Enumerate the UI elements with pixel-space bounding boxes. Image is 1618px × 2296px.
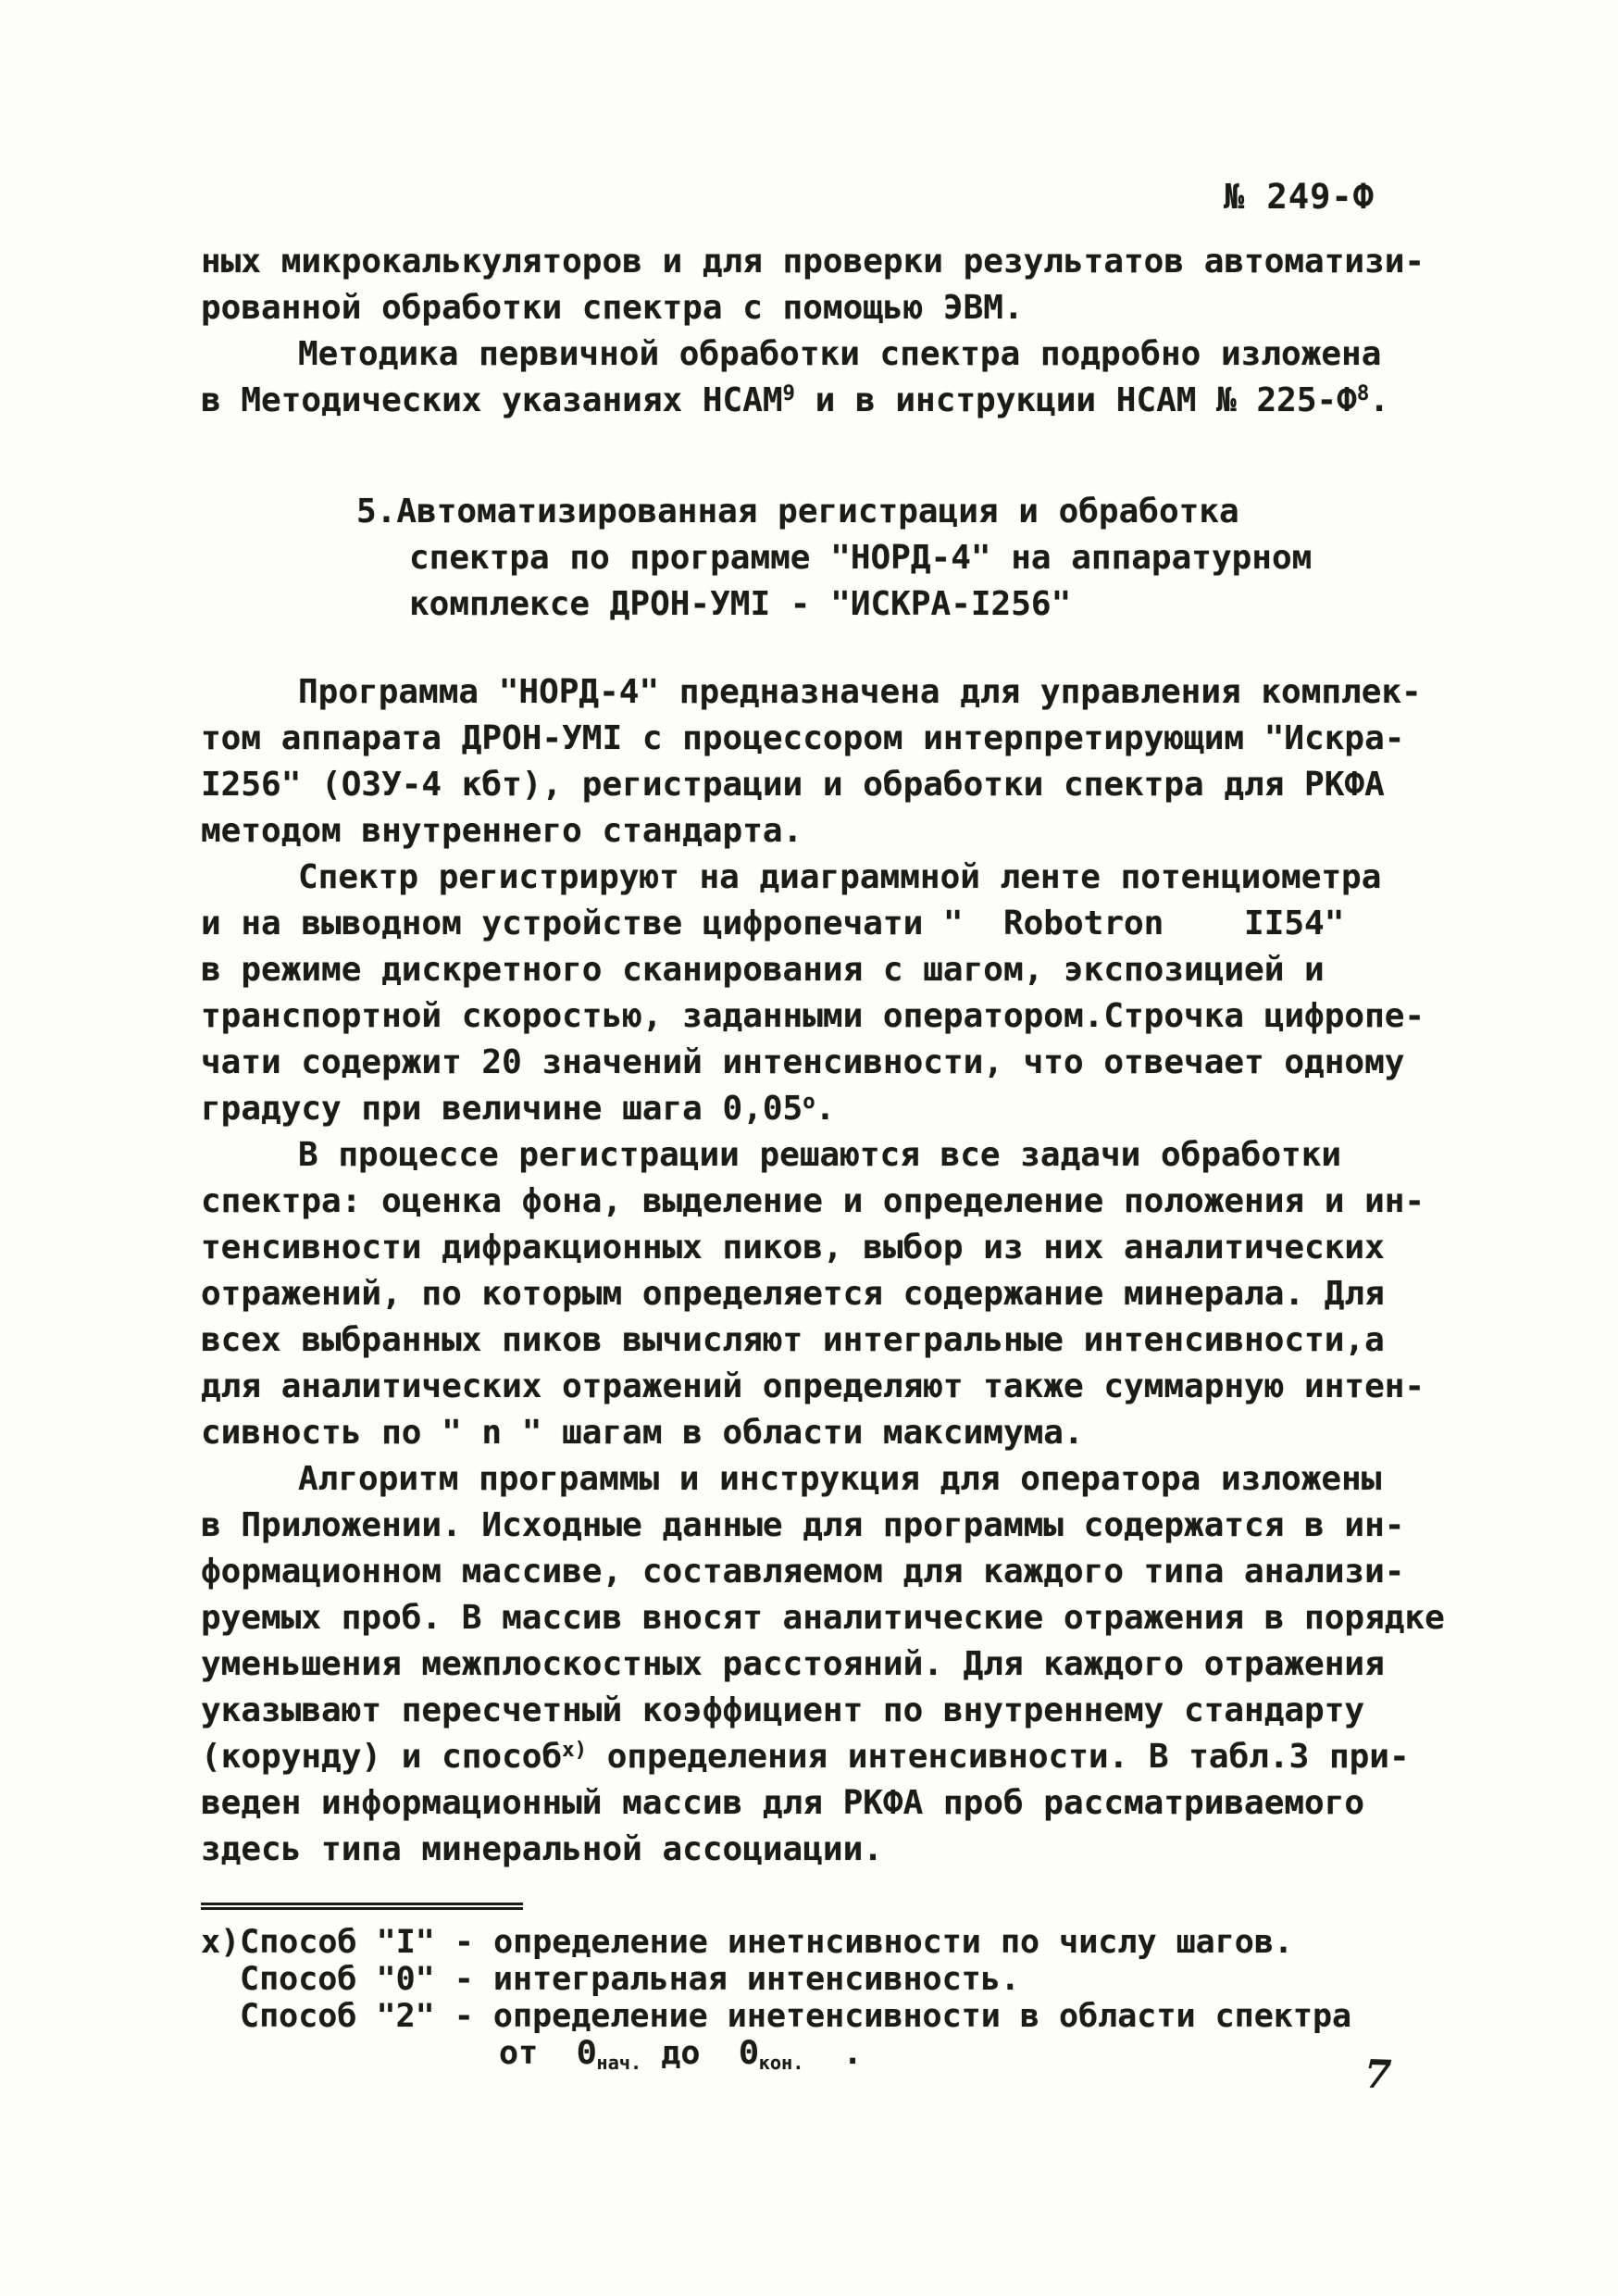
text-line: для аналитических отражений определяют т…: [201, 1364, 1460, 1410]
subscript: кон.: [759, 2052, 804, 2074]
text-line: сивность по " n " шагам в области максим…: [201, 1410, 1460, 1456]
text-line: в Приложении. Исходные данные для програ…: [201, 1503, 1460, 1549]
superscript: 9: [783, 381, 795, 406]
paragraph-registration-process: В процессе регистрации решаются все зада…: [201, 1132, 1460, 1456]
footnote-separator: [201, 1903, 523, 1910]
text-line: Программа "НОРД-4" предназначена для упр…: [201, 669, 1460, 716]
text-line: здесь типа минеральной ассоциации.: [201, 1827, 1460, 1873]
document-page: № 249-Ф ных микрокалькуляторов и для про…: [0, 0, 1618, 2296]
superscript: х): [562, 1738, 587, 1762]
text-line: В процессе регистрации решаются все зада…: [201, 1132, 1460, 1179]
text-line: градусу при величине шага 0,05о.: [201, 1086, 1460, 1132]
page-number: 7: [1363, 2055, 1392, 2095]
paragraph-program-nord4: Программа "НОРД-4" предназначена для упр…: [201, 669, 1460, 855]
text-line: рованной обработки спектра с помощью ЭВМ…: [201, 285, 1460, 331]
text-line: (корунду) и способх) определения интенси…: [201, 1734, 1460, 1780]
paragraph-spectrum-registration: Спектр регистрируют на диаграммной ленте…: [201, 855, 1460, 1132]
text-line: в режиме дискретного сканирования с шаго…: [201, 947, 1460, 993]
text-line: I256" (ОЗУ-4 кбт), регистрации и обработ…: [201, 762, 1460, 808]
text-line: в Методических указаниях НСАМ9 и в инстр…: [201, 378, 1460, 424]
text-line: методом внутреннего стандарта.: [201, 808, 1460, 855]
text-line: чати содержит 20 значений интенсивности,…: [201, 1040, 1460, 1086]
subscript: нач.: [596, 2052, 641, 2074]
superscript: о: [803, 1090, 815, 1114]
text-line: спектра: оценка фона, выделение и опреде…: [201, 1179, 1460, 1225]
footnote: х)Способ "I" - определение инетнсивности…: [201, 1924, 1515, 2072]
text-line: транспортной скоростью, заданными операт…: [201, 993, 1460, 1040]
text-line: тенсивности дифракционных пиков, выбор и…: [201, 1225, 1460, 1271]
superscript: 8: [1357, 381, 1369, 406]
text-line: ных микрокалькуляторов и для проверки ре…: [201, 239, 1460, 285]
text-line: уменьшения межплоскостных расстояний. Дл…: [201, 1641, 1460, 1688]
text-line: Спектр регистрируют на диаграммной ленте…: [201, 855, 1460, 901]
paragraph-intro-continuation: ных микрокалькуляторов и для проверки ре…: [201, 239, 1460, 331]
text-line: Методика первичной обработки спектра под…: [201, 331, 1460, 378]
text-line: веден информационный массив для РКФА про…: [201, 1780, 1460, 1827]
text-line: спектра по программе "НОРД-4" на аппарат…: [201, 535, 1460, 581]
text-line: Способ "0" - интегральная интенсивность.: [201, 1961, 1515, 1998]
text-line: том аппарата ДРОН-УМI с процессором инте…: [201, 716, 1460, 762]
text-line: указывают пересчетный коэффициент по вну…: [201, 1688, 1460, 1734]
document-body: ных микрокалькуляторов и для проверки ре…: [201, 239, 1460, 1873]
text-line: формационном массиве, составляемом для к…: [201, 1549, 1460, 1595]
text-line: руемых проб. В массив вносят аналитическ…: [201, 1595, 1460, 1641]
text-line: комплексе ДРОН-УМI - "ИСКРА-I256": [201, 581, 1460, 628]
text-line: и на выводном устройстве цифропечати " R…: [201, 901, 1460, 947]
text-line: от Θнач. до Θкон. .: [201, 2035, 1515, 2072]
text-line: отражений, по которым определяется содер…: [201, 1271, 1460, 1317]
text-line: х)Способ "I" - определение инетнсивности…: [201, 1924, 1515, 1961]
text-line: всех выбранных пиков вычисляют интеграль…: [201, 1317, 1460, 1364]
text-line: Способ "2" - определение инетенсивности …: [201, 1998, 1515, 2035]
text-line: 5.Автоматизированная регистрация и обраб…: [201, 489, 1460, 535]
text-line: Алгоритм программы и инструкция для опер…: [201, 1456, 1460, 1503]
document-number: № 249-Ф: [1224, 180, 1375, 214]
section-heading: 5.Автоматизированная регистрация и обраб…: [201, 489, 1460, 628]
paragraph-methodika: Методика первичной обработки спектра под…: [201, 331, 1460, 424]
paragraph-algorithm-info-array: Алгоритм программы и инструкция для опер…: [201, 1456, 1460, 1873]
